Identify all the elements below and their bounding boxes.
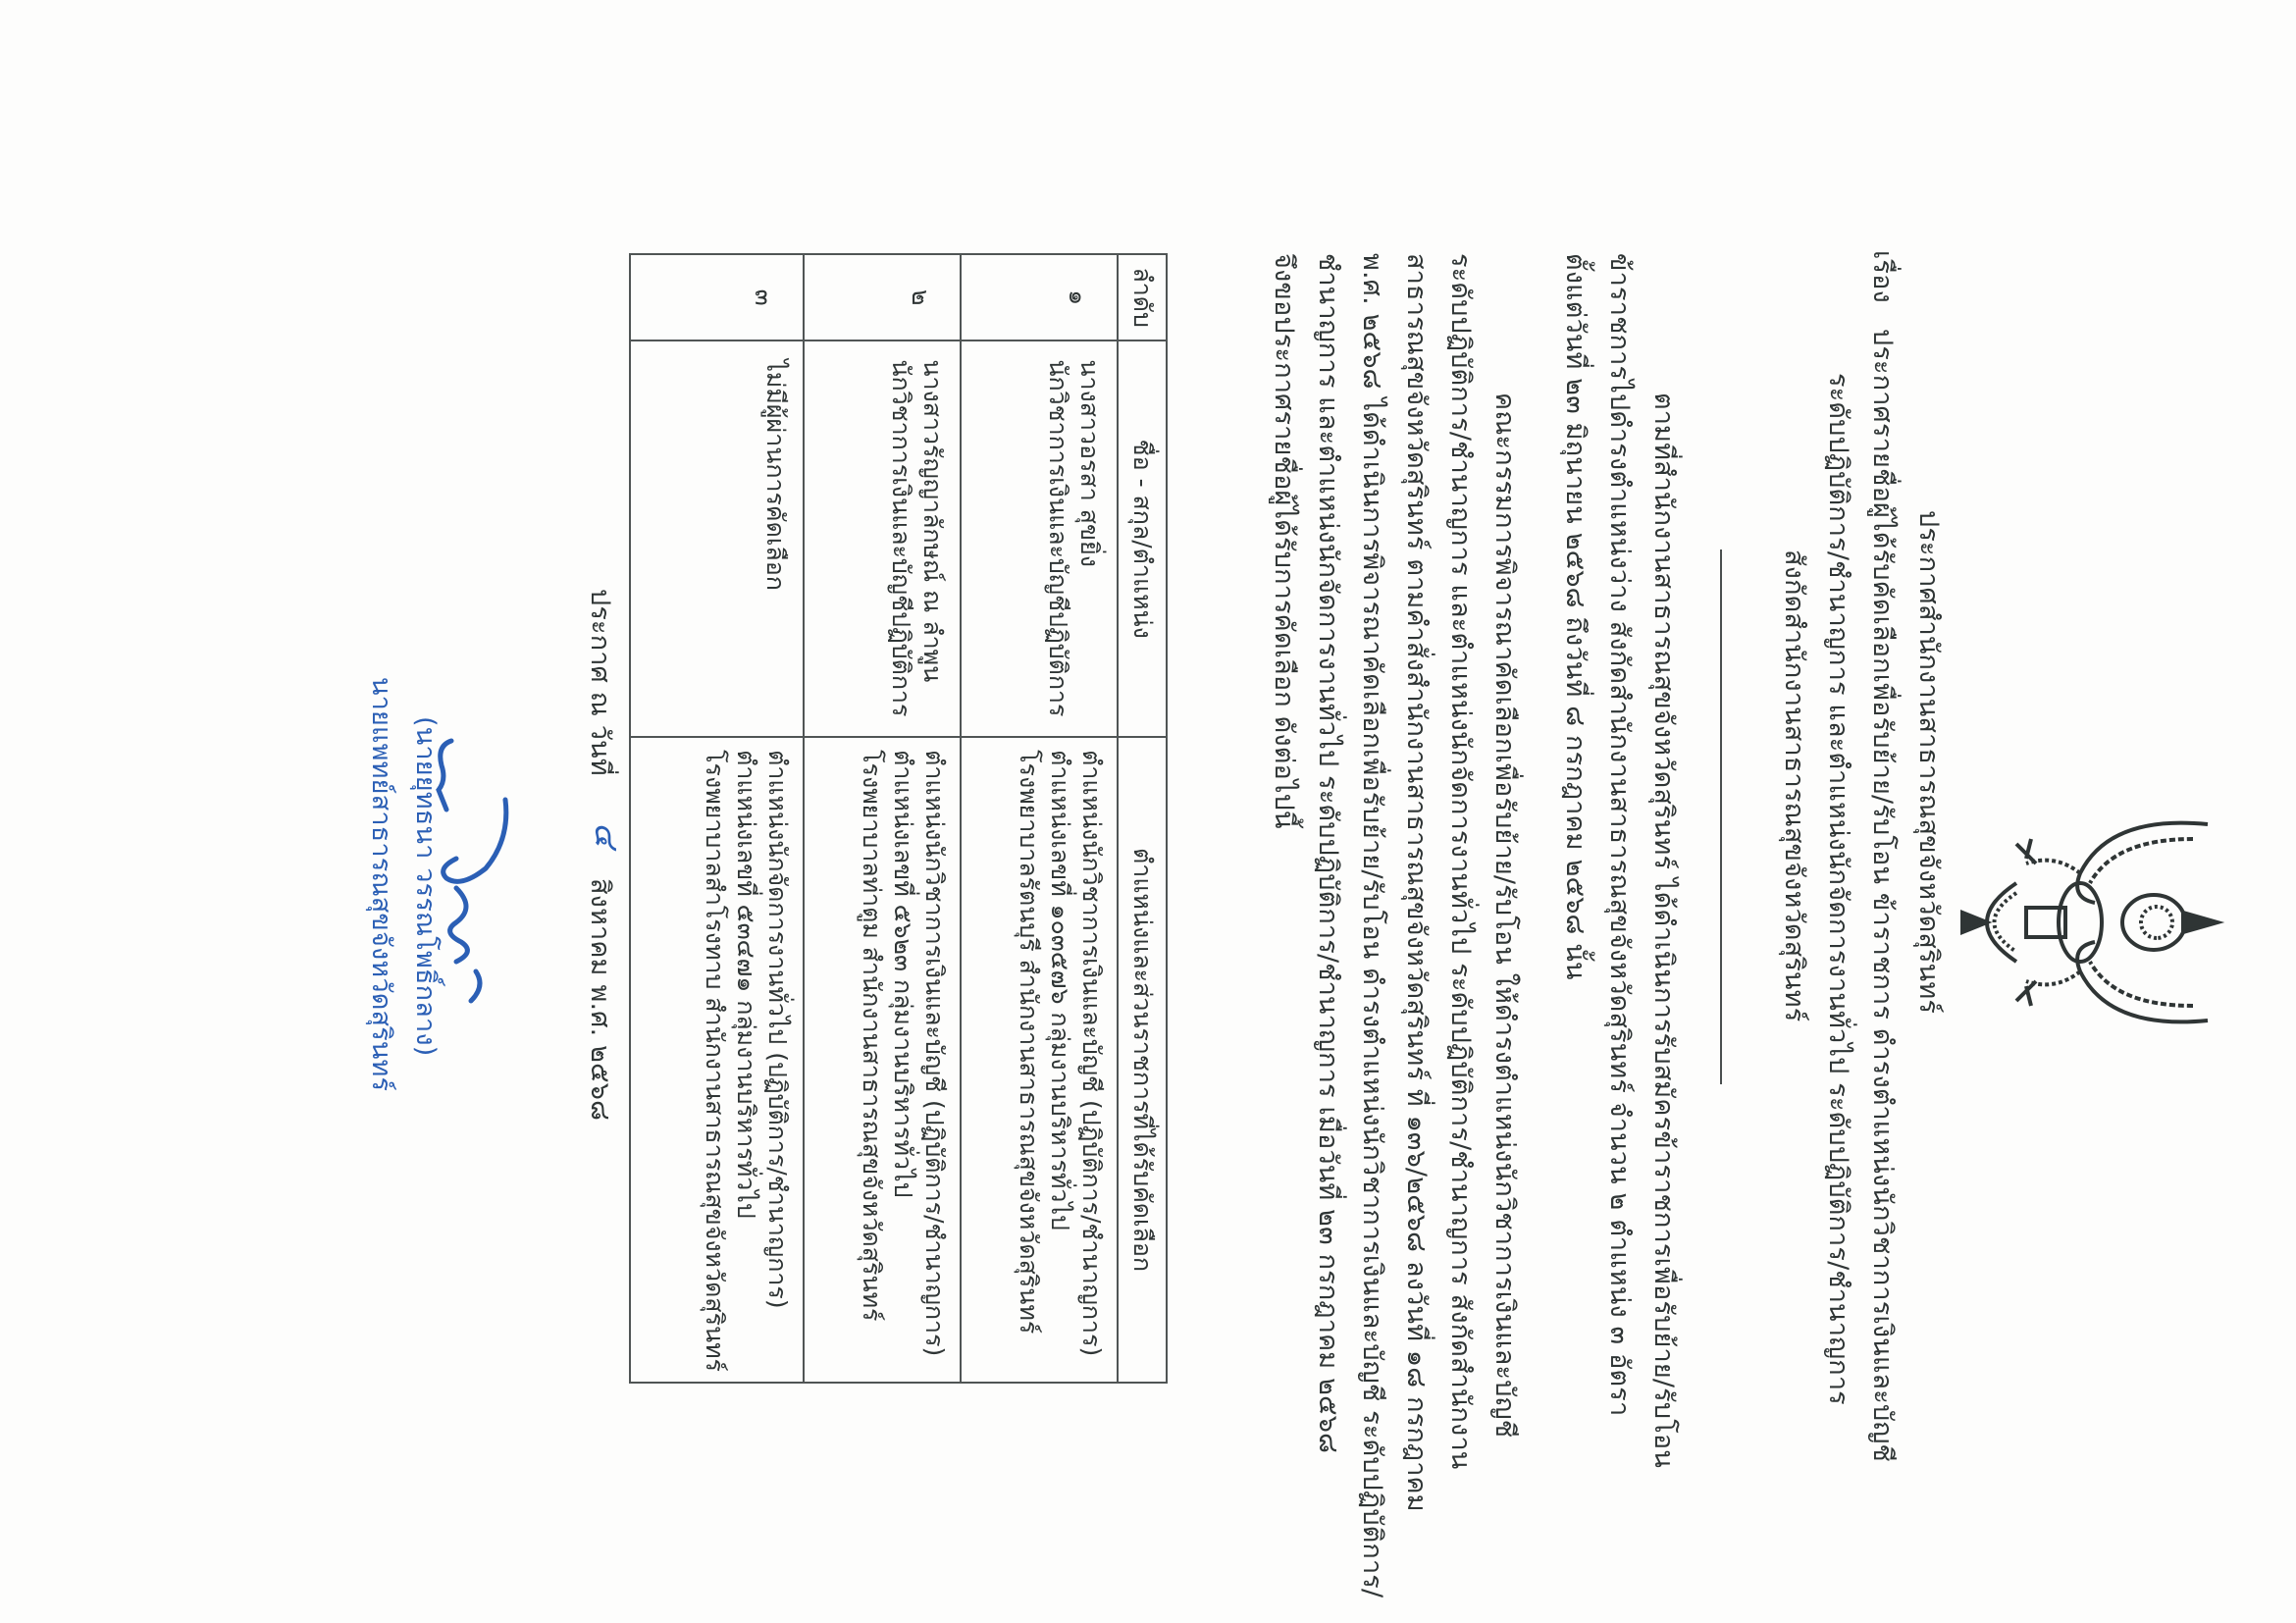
selected-position-cell: ตำแหน่งนักวิชาการเงินและบัญชี (ปฏิบัติกา… [804, 737, 961, 1383]
signatory-title: นายแพทย์สาธารณสุขจังหวัดสุรินทร์ [364, 677, 397, 1091]
selection-results-table: ลำดับ ชื่อ - สกุล/ตำแหน่ง ตำแหน่งและส่วน… [629, 253, 1168, 1384]
table-row: ๓ ไม่มีผู้ผ่านการคัดเลือก ตำแหน่งนักจัดก… [630, 254, 804, 1383]
subject-line-3: สังกัดสำนักงานสาธารณสุขจังหวัดสุรินทร์ [1777, 550, 1810, 1021]
subject-label: เรื่อง [1865, 250, 1899, 303]
row-number: ๒ [804, 254, 961, 340]
selected-position: ตำแหน่งนักวิชาการเงินและบัญชี (ปฏิบัติกา… [1075, 750, 1107, 1372]
candidate-cell: ไม่มีผู้ผ่านการคัดเลือก [630, 340, 804, 737]
signature-icon [432, 721, 515, 1006]
announcement-title: ประกาศสำนักงานสาธารณสุขจังหวัดสุรินทร์ [1911, 510, 1945, 1014]
subject-line-2: ระดับปฏิบัติการ/ชำนาญการ และตำแหน่งนักจั… [1821, 373, 1854, 1405]
table-row: ๒ นางสาวรัญญาลักษณ์ ณ ลำพูน นักวิชาการเง… [804, 254, 961, 1383]
signatory-name: (นายยุทธนา วรรณโพธิ์กลาง) [408, 716, 442, 1056]
date-day-handwritten: ๔ [590, 822, 623, 848]
candidate-name: นางสาวอรสา สุขยิ่ง [1073, 359, 1105, 726]
position-number: ตำแหน่งเลขที่ ๕๓๔๗๑ กลุ่มงานบริหารทั่วไป [730, 750, 761, 1372]
paragraph-2-line-6: จึงขอประกาศรายชื่อผู้ได้รับการคัดเลือก ด… [1267, 253, 1300, 829]
candidate-cell: นางสาวรัญญาลักษณ์ ณ ลำพูน นักวิชาการเงิน… [804, 340, 961, 737]
document-page: ประกาศสำนักงานสาธารณสุขจังหวัดสุรินทร์ เ… [0, 0, 2296, 1623]
date-prefix: ประกาศ ณ วันที่ [583, 589, 616, 776]
row-number: ๓ [630, 254, 804, 340]
candidate-name: นางสาวรัญญาลักษณ์ ณ ลำพูน [916, 359, 948, 726]
selected-position: ตำแหน่งนักจัดการงานทั่วไป (ปฏิบัติการ/ชำ… [761, 750, 793, 1372]
header-divider [1720, 550, 1722, 1084]
header-order: ลำดับ [1118, 254, 1167, 340]
table-row: ๑ นางสาวอรสา สุขยิ่ง นักวิชาการเงินและบั… [961, 254, 1118, 1383]
paragraph-2-line-3: สาธารณสุขจังหวัดสุรินทร์ ตามคำสั่งสำนักง… [1399, 253, 1433, 1512]
position-number: ตำแหน่งเลขที่ ๑๐๓๕๗๖ กลุ่มงานบริหารทั่วไ… [1044, 750, 1075, 1372]
position-number: ตำแหน่งเลขที่ ๕๖๒๓ กลุ่มงานบริหารทั่วไป [887, 750, 918, 1372]
selected-position: ตำแหน่งนักวิชาการเงินและบัญชี (ปฏิบัติกา… [918, 750, 950, 1372]
candidate-current-position: นักวิชาการเงินและบัญชีปฏิบัติการ [1042, 359, 1073, 726]
candidate-name: ไม่มีผู้ผ่านการคัดเลือก [759, 359, 791, 726]
header-selected-position: ตำแหน่งและส่วนราชการที่ได้รับคัดเลือก [1118, 737, 1167, 1383]
date-month-year: สิงหาคม พ.ศ. ๒๕๖๘ [583, 878, 616, 1121]
paragraph-2-line-2: ระดับปฏิบัติการ/ชำนาญการ และตำแหน่งนักจั… [1443, 253, 1477, 1469]
candidate-cell: นางสาวอรสา สุขยิ่ง นักวิชาการเงินและบัญช… [961, 340, 1118, 737]
header-name-position: ชื่อ - สกุล/ตำแหน่ง [1118, 340, 1167, 737]
paragraph-2-line-4: พ.ศ. ๒๕๖๘ ได้ดำเนินการพิจารณาคัดเลือกเพื… [1355, 253, 1388, 1597]
row-number: ๑ [961, 254, 1118, 340]
selected-position-cell: ตำแหน่งนักวิชาการเงินและบัญชี (ปฏิบัติกา… [961, 737, 1118, 1383]
paragraph-1-line-1: ตามที่สำนักงานสาธารณสุขจังหวัดสุรินทร์ ไ… [1646, 393, 1680, 1468]
subject-line-1: ประกาศรายชื่อผู้ได้รับคัดเลือกเพื่อรับย้… [1865, 329, 1899, 1462]
paragraph-2-line-5: ชำนาญการ และตำแหน่งนักจัดการงานทั่วไป ระ… [1311, 253, 1344, 1453]
selected-position-cell: ตำแหน่งนักจัดการงานทั่วไป (ปฏิบัติการ/ชำ… [630, 737, 804, 1383]
paragraph-1-line-3: ตั้งแต่วันที่ ๒๓ มิถุนายน ๒๕๖๘ ถึงวันที่… [1558, 253, 1592, 980]
agency: โรงพยาบาลท่าตูม สำนักงานสาธารณสุขจังหวัด… [856, 750, 887, 1372]
candidate-current-position: นักวิชาการเงินและบัญชีปฏิบัติการ [885, 359, 916, 726]
garuda-emblem-icon [1957, 805, 2227, 1040]
agency: โรงพยาบาลรัตนบุรี สำนักงานสาธารณสุขจังหว… [1013, 750, 1044, 1372]
agency: โรงพยาบาลสำโรงทาบ สำนักงานสาธารณสุขจังหว… [699, 750, 730, 1372]
table-header-row: ลำดับ ชื่อ - สกุล/ตำแหน่ง ตำแหน่งและส่วน… [1118, 254, 1167, 1383]
paragraph-2-line-1: คณะกรรมการพิจารณาคัดเลือกเพื่อรับย้าย/รั… [1487, 393, 1521, 1438]
paragraph-1-line-2: ข้าราชการไปดำรงตำแหน่งว่าง สังกัดสำนักงา… [1602, 253, 1636, 1416]
